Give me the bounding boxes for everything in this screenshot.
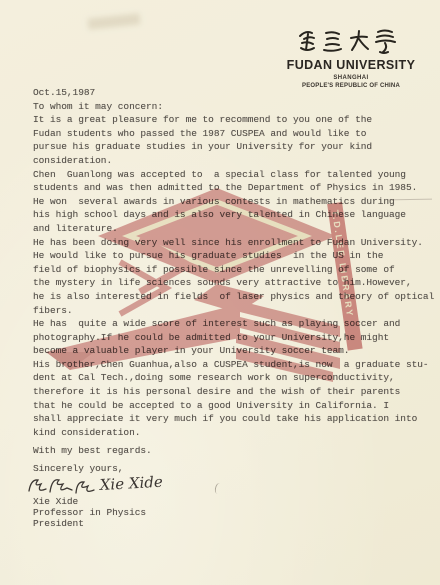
letter-line: students and was then admitted to the De… <box>33 181 434 195</box>
letter-line: the mystery in life sciences sounds very… <box>33 276 434 290</box>
signer-name: Xie Xide <box>33 496 146 507</box>
letter-line: his high school days and is also very ta… <box>33 208 434 222</box>
letter-body: Oct.15,1987 To whom it may concern: It i… <box>33 86 434 439</box>
signer-title: Professor in Physics <box>33 507 146 518</box>
letter-line: photography.If he could be admitted to y… <box>33 331 434 345</box>
letter-line: fibers. <box>33 304 434 318</box>
letter-line: shall appreciate it very much if you cou… <box>33 412 434 426</box>
signer-block: Xie Xide Professor in Physics President <box>33 496 146 530</box>
letter-line: therefore it is his personal desire and … <box>33 385 434 399</box>
pencil-smudge <box>88 13 141 29</box>
letter-line: It is a great pleasure for me to recomme… <box>33 113 434 127</box>
letterhead-city: SHANGHAI <box>276 75 426 83</box>
letter-line: and literature. <box>33 222 434 236</box>
letter-line: he is also interested in fields of laser… <box>33 290 434 304</box>
regards-line: With my best regards. <box>33 444 152 458</box>
letter-line: become a valuable player in your Univers… <box>33 344 434 358</box>
letter-line: field of biophysics if possible since th… <box>33 263 434 277</box>
chinese-calligraphy-icon <box>296 26 406 56</box>
letter-page: 復旦大學 FUDAN UNIVERSITY SHANGHAI PEOPLE'S … <box>0 0 440 585</box>
letter-line: Chen Guanlong was accepted to a special … <box>33 168 434 182</box>
signature-chinese-text: 谢希德 <box>26 471 27 472</box>
letter-line: that he could be accepted to a good Univ… <box>33 399 434 413</box>
letter-date: Oct.15,1987 <box>33 86 434 100</box>
letter-line: Fudan students who passed the 1987 CUSPE… <box>33 127 434 141</box>
signer-position: President <box>33 518 146 529</box>
letter-line: dent at Cal Tech.,doing some research wo… <box>33 371 434 385</box>
letter-line: He won several awards in various contest… <box>33 195 434 209</box>
letter-line: He has been doing very well since his en… <box>33 236 434 250</box>
letter-salutation: To whom it may concern: <box>33 100 434 114</box>
letterhead: 復旦大學 FUDAN UNIVERSITY SHANGHAI PEOPLE'S … <box>276 26 426 90</box>
letterhead-chinese-text: 復旦大學 <box>351 26 352 27</box>
letter-line: He would like to pursue his graduate stu… <box>33 249 434 263</box>
letter-line: consideration. <box>33 154 434 168</box>
letter-line: kind consideration. <box>33 426 434 440</box>
letter-line: He has quite a wide score of interest su… <box>33 317 434 331</box>
letter-lines: It is a great pleasure for me to recomme… <box>33 113 434 439</box>
letter-line: pursue his graduate studies in your Univ… <box>33 140 434 154</box>
letterhead-university-name: FUDAN UNIVERSITY <box>276 58 426 72</box>
signature-latin-text: Xie Xide <box>98 473 163 494</box>
letter-line: His brother,Chen Guanhua,also a CUSPEA s… <box>33 358 434 372</box>
